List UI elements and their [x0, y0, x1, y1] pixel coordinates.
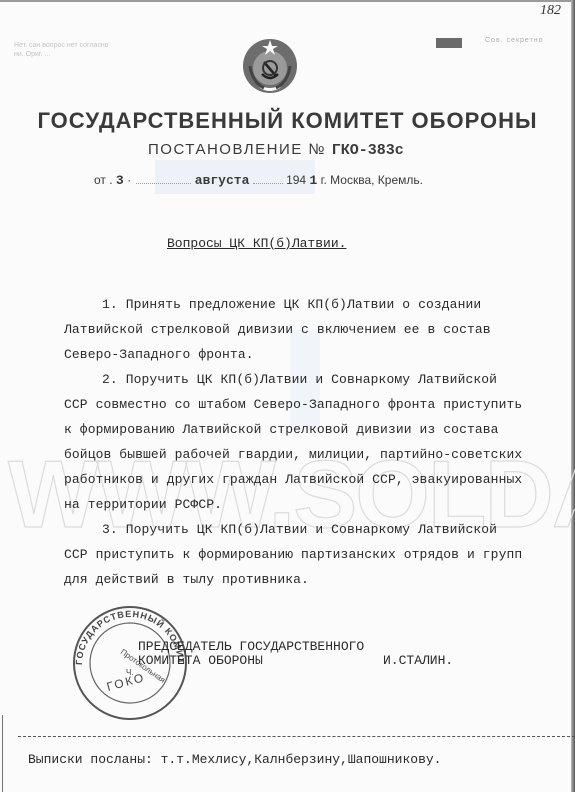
faded-line: Нет. сан вопрос нет согласно: [14, 41, 109, 50]
scan-edge-left: [2, 715, 3, 792]
paragraph-line: Латвийской стрелковой дивизии с включени…: [64, 317, 564, 342]
signature-block: ПРЕДСЕДАТЕЛЬ ГОСУДАРСТВЕННОГО КОМИТЕТА О…: [138, 640, 364, 668]
signer-title-line: КОМИТЕТА ОБОРОНЫ: [138, 654, 364, 668]
date-prefix: от .: [94, 173, 113, 187]
paragraph-line: Поручить ЦК КП(б)Латвии и Совнаркому Лат…: [126, 372, 497, 387]
date-filler: [253, 173, 283, 184]
faded-line: ни. Ориг. ...: [14, 50, 109, 59]
paragraph-line: Поручить ЦК КП(б)Латвии и Совнаркому Лат…: [126, 522, 497, 537]
date-month: августа: [195, 173, 250, 188]
paragraph-line: для действий в тылу противника.: [64, 567, 564, 592]
paragraph-line: Принять предложение ЦК КП(б)Латвии о соз…: [126, 297, 482, 312]
paragraph-3: 3. Поручить ЦК КП(б)Латвии и Совнаркому …: [64, 517, 564, 592]
distribution-note: Выписки посланы: т.т.Мехлису,Калнберзину…: [28, 752, 441, 767]
date-day: 3: [116, 173, 124, 188]
page-number: 182: [540, 3, 561, 19]
decree-subject: Вопросы ЦК КП(б)Латвии.: [167, 236, 346, 251]
paragraph-line: на территории РСФСР.: [64, 492, 564, 517]
decree-body: 1. Принять предложение ЦК КП(б)Латвии о …: [64, 292, 564, 592]
signer-name: И.СТАЛИН.: [383, 653, 453, 668]
paragraph-line: ССР приступить к формированию партизанск…: [64, 542, 564, 567]
document-page: WWW.SOLDAT.ru Нет. сан вопрос нет соглас…: [0, 0, 575, 792]
divider-line: [18, 736, 575, 737]
paragraph-line: Северо-Западного фронта.: [64, 342, 564, 367]
paragraph-line: ССР совместно со штабом Северо-Западного…: [64, 392, 564, 417]
decree-label: ПОСТАНОВЛЕНИЕ №: [148, 141, 326, 158]
date-place: г. Москва, Кремль.: [321, 173, 423, 187]
date-filler: [136, 173, 191, 184]
decree-number: ГКО-383с: [332, 142, 404, 159]
paragraph-line: работников и других граждан Латвийской С…: [64, 467, 564, 492]
paragraph-number: 3.: [102, 522, 118, 537]
date-year-prefix: 194: [286, 173, 306, 187]
signer-title-line: ПРЕДСЕДАТЕЛЬ ГОСУДАРСТВЕННОГО: [138, 640, 364, 654]
redaction-block: [436, 38, 462, 48]
faded-header-note: Нет. сан вопрос нет согласно ни. Ориг. .…: [14, 41, 109, 59]
paragraph-number: 1.: [102, 297, 118, 312]
paragraph-1: 1. Принять предложение ЦК КП(б)Латвии о …: [64, 292, 564, 367]
paragraph-line: к формированию Латвийской стрелковой див…: [64, 417, 564, 442]
scan-edge-top: [0, 0, 575, 2]
organization-title: ГОСУДАРСТВЕННЫЙ КОМИТЕТ ОБОРОНЫ: [0, 108, 575, 134]
secrecy-mark: Сов. секретно: [485, 37, 544, 44]
paragraph-number: 2.: [102, 372, 118, 387]
ussr-state-emblem-icon: [240, 36, 300, 96]
paragraph-line: бойцов бывшей рабочей гвардии, милиции, …: [64, 442, 564, 467]
decree-heading: ПОСТАНОВЛЕНИЕ № ГКО-383с: [148, 141, 404, 159]
decree-date-line: от . 3 · августа 194 1 г. Москва, Кремль…: [94, 173, 423, 188]
paragraph-2: 2. Поручить ЦК КП(б)Латвии и Совнаркому …: [64, 367, 564, 517]
date-year-digit: 1: [309, 173, 317, 188]
